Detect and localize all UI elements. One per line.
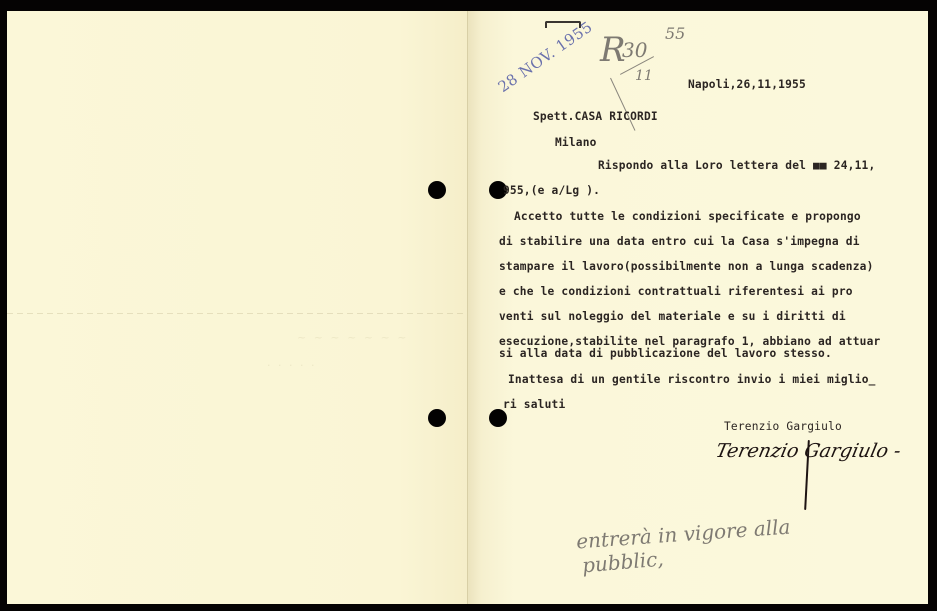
- body-line: ri saluti: [503, 398, 565, 411]
- pencil-ref-numerator: 30: [622, 38, 647, 62]
- punch-hole: [489, 409, 507, 427]
- body-line: Accetto tutte le condizioni specificate …: [514, 210, 861, 223]
- body-line: stampare il lavoro(possibilmente non a l…: [499, 260, 874, 273]
- pencil-ref-year: 55: [665, 24, 685, 43]
- punch-hole: [428, 409, 446, 427]
- left-page-blank: ~ ~ ~ ~ ~ ~ ~ . . . . .: [7, 11, 468, 604]
- body-line: Rispondo alla Loro lettera del ■■ 24,11,: [598, 159, 875, 172]
- bleed-through-text: . . . . .: [267, 356, 316, 369]
- body-line: venti sul noleggio del materiale e su i …: [499, 310, 846, 323]
- place-date: Napoli,26,11,1955: [688, 78, 806, 91]
- recipient-city: Milano: [555, 136, 597, 149]
- body-line: di stabilire una data entro cui la Casa …: [499, 235, 860, 248]
- bleed-through-text: ~ ~ ~ ~ ~ ~ ~: [297, 331, 409, 344]
- punch-hole: [428, 181, 446, 199]
- typed-signature: Terenzio Gargiulo: [724, 420, 842, 433]
- body-line: e che le condizioni contrattuali riferen…: [499, 285, 853, 298]
- fold-crease: [7, 313, 468, 314]
- pencil-ref-denominator: 11: [635, 68, 653, 84]
- recipient-name: Spett.CASA RICORDI: [533, 110, 658, 123]
- document-scan: ~ ~ ~ ~ ~ ~ ~ . . . . .: [7, 11, 928, 604]
- body-line: si alla data di pubblicazione del lavoro…: [499, 347, 832, 360]
- body-line: Inattesa di un gentile riscontro invio i…: [508, 373, 876, 386]
- right-page-letter: [468, 11, 928, 604]
- body-line: 955,(e a/Lg ).: [503, 184, 600, 197]
